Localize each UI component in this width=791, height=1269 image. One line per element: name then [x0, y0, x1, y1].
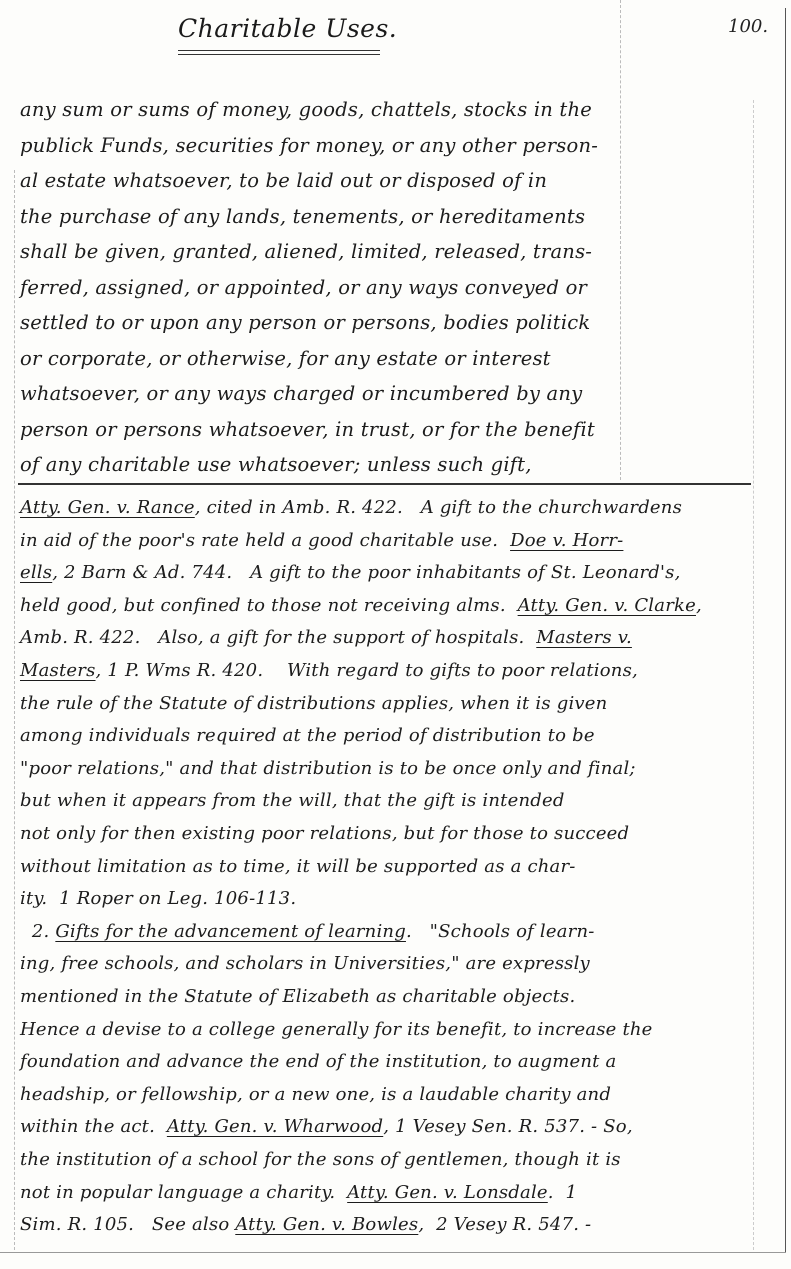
text-line: the purchase of any lands, tenements, or…: [20, 205, 585, 228]
note-text: but when it appears from the will, that …: [20, 790, 565, 811]
note-line: "poor relations," and that distribution …: [20, 758, 636, 779]
case-citation: Atty. Gen. v. Rance: [20, 497, 195, 518]
case-citation: Masters: [20, 660, 96, 681]
text-line: or corporate, or otherwise, for any esta…: [20, 347, 551, 370]
note-line: Sim. R. 105. See also Atty. Gen. v. Bowl…: [20, 1214, 591, 1235]
note-text: Amb. R. 422. Also, a gift for the suppor…: [20, 627, 536, 648]
note-text: ity. 1 Roper on Leg. 106-113.: [20, 888, 296, 909]
note-line: Atty. Gen. v. Rance, cited in Amb. R. 42…: [20, 497, 682, 518]
note-line: the rule of the Statute of distributions…: [20, 693, 607, 714]
note-text: , 2 Barn & Ad. 744. A gift to the poor i…: [52, 562, 680, 583]
note-line: but when it appears from the will, that …: [20, 790, 565, 811]
note-text: Hence a devise to a college generally fo…: [20, 1019, 653, 1040]
text-line: publick Funds, securities for money, or …: [20, 134, 598, 157]
case-citation: Gifts for the advancement of learning: [55, 921, 406, 942]
note-text: 2.: [20, 921, 55, 942]
note-text: among individuals required at the period…: [20, 725, 595, 746]
note-line: 2. Gifts for the advancement of learning…: [20, 921, 595, 942]
note-text: . 1: [548, 1182, 577, 1203]
note-line: not in popular language a charity. Atty.…: [20, 1182, 577, 1203]
case-citation: Atty. Gen. v. Wharwood: [167, 1116, 383, 1137]
note-text: , 2 Vesey R. 547. -: [418, 1214, 591, 1235]
note-text: within the act.: [20, 1116, 167, 1137]
note-text: not in popular language a charity.: [20, 1182, 347, 1203]
note-line: Hence a devise to a college generally fo…: [20, 1019, 653, 1040]
note-line: mentioned in the Statute of Elizabeth as…: [20, 986, 575, 1007]
note-text: ,: [696, 595, 702, 616]
text-line: of any charitable use whatsoever; unless…: [20, 453, 532, 476]
note-line: ing, free schools, and scholars in Unive…: [20, 953, 590, 974]
text-line: ferred, assigned, or appointed, or any w…: [20, 276, 587, 299]
note-line: Masters, 1 P. Wms R. 420. With regard to…: [20, 660, 638, 681]
margin-rule-middle: [620, 0, 621, 480]
page-number: 100.: [728, 16, 768, 37]
note-line: ity. 1 Roper on Leg. 106-113.: [20, 888, 296, 909]
text-line: shall be given, granted, aliened, limite…: [20, 240, 592, 263]
case-citation: ells: [20, 562, 52, 583]
note-text: , 1 Vesey Sen. R. 537. - So,: [383, 1116, 633, 1137]
note-line: the institution of a school for the sons…: [20, 1149, 621, 1170]
margin-rule-right: [753, 100, 754, 1250]
case-citation: Doe v. Horr-: [510, 530, 623, 551]
note-line: ells, 2 Barn & Ad. 744. A gift to the po…: [20, 562, 681, 583]
note-text: , cited in Amb. R. 422. A gift to the ch…: [195, 497, 682, 518]
margin-rule-left: [14, 170, 15, 1250]
note-text: foundation and advance the end of the in…: [20, 1051, 616, 1072]
note-line: among individuals required at the period…: [20, 725, 595, 746]
note-text: Sim. R. 105. See also: [20, 1214, 235, 1235]
page-border-right: [785, 8, 786, 1253]
text-line: whatsoever, or any ways charged or incum…: [20, 382, 582, 405]
note-line: headship, or fellowship, or a new one, i…: [20, 1084, 611, 1105]
note-text: without limitation as to time, it will b…: [20, 856, 576, 877]
section-divider: [18, 483, 751, 485]
text-line: settled to or upon any person or persons…: [20, 311, 590, 334]
page-title: Charitable Uses.: [178, 14, 397, 43]
note-line: held good, but confined to those not rec…: [20, 595, 702, 616]
text-line: al estate whatsoever, to be laid out or …: [20, 169, 547, 192]
note-text: . "Schools of learn-: [406, 921, 595, 942]
title-underline: [178, 50, 380, 55]
note-text: ing, free schools, and scholars in Unive…: [20, 953, 590, 974]
text-line: any sum or sums of money, goods, chattel…: [20, 98, 592, 121]
manuscript-page: Charitable Uses. 100. any sum or sums of…: [0, 0, 791, 1269]
note-text: mentioned in the Statute of Elizabeth as…: [20, 986, 575, 1007]
note-text: the rule of the Statute of distributions…: [20, 693, 607, 714]
note-line: without limitation as to time, it will b…: [20, 856, 576, 877]
note-text: headship, or fellowship, or a new one, i…: [20, 1084, 611, 1105]
case-citation: Masters v.: [536, 627, 632, 648]
note-line: foundation and advance the end of the in…: [20, 1051, 616, 1072]
note-line: Amb. R. 422. Also, a gift for the suppor…: [20, 627, 632, 648]
text-line: person or persons whatsoever, in trust, …: [20, 418, 595, 441]
note-text: , 1 P. Wms R. 420. With regard to gifts …: [96, 660, 638, 681]
case-citation: Atty. Gen. v. Lonsdale: [347, 1182, 548, 1203]
note-text: "poor relations," and that distribution …: [20, 758, 636, 779]
note-text: held good, but confined to those not rec…: [20, 595, 518, 616]
note-text: in aid of the poor's rate held a good ch…: [20, 530, 510, 551]
case-citation: Atty. Gen. v. Bowles: [235, 1214, 418, 1235]
case-citation: Atty. Gen. v. Clarke: [518, 595, 696, 616]
note-line: within the act. Atty. Gen. v. Wharwood, …: [20, 1116, 633, 1137]
note-text: not only for then existing poor relation…: [20, 823, 629, 844]
note-text: the institution of a school for the sons…: [20, 1149, 621, 1170]
page-border-bottom: [0, 1252, 786, 1253]
note-line: in aid of the poor's rate held a good ch…: [20, 530, 623, 551]
note-line: not only for then existing poor relation…: [20, 823, 629, 844]
